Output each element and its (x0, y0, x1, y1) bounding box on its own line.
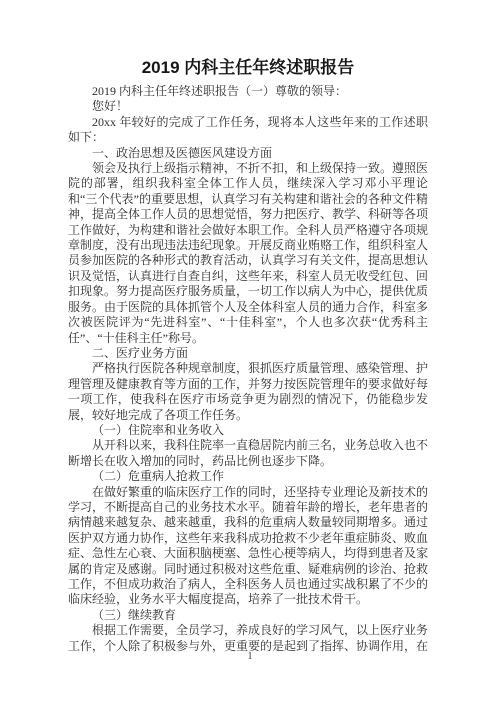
section-2-1-paragraph: 从开科以来，我科住院率一直稳居院内前三名，业务总收入也不断增长在收入增加的同时，… (68, 438, 428, 469)
greeting-line: 您好！ (68, 99, 428, 114)
section-2-paragraph: 严格执行医院各种规章制度，狠抓医疗质量管理、感染管理、护理管理及健康教育等方面的… (68, 361, 428, 423)
section-2-1-heading: （一）住院率和业务收入 (68, 423, 428, 438)
section-1-heading: 一、政治思想及医德医风建设方面 (68, 146, 428, 161)
section-2-3-heading: （三）继续教育 (68, 608, 428, 623)
page-number: 1 (0, 650, 500, 664)
document-page: 2019 内科主任年终述职报告 2019 内科主任年终述职报告（一）尊敬的领导：… (0, 0, 500, 707)
document-title: 2019 内科主任年终述职报告 (68, 57, 428, 79)
section-2-heading: 二、医疗业务方面 (68, 346, 428, 361)
intro-paragraph: 20xx 年较好的完成了工作任务，现将本人这些年来的工作述职如下： (68, 115, 428, 146)
document-body: 2019 内科主任年终述职报告 2019 内科主任年终述职报告（一）尊敬的领导：… (68, 57, 428, 654)
salutation-line: 2019 内科主任年终述职报告（一）尊敬的领导： (68, 84, 428, 99)
section-2-2-paragraph: 在做好繁重的临床医疗工作的同时，还坚持专业理论及新技术的学习，不断提高自己的业务… (68, 485, 428, 608)
section-1-paragraph: 领会及执行上级指示精神，不折不扣，和上级保持一致。遵照医院的部署，组织我科室全体… (68, 161, 428, 346)
section-2-2-heading: （二）危重病人抢救工作 (68, 469, 428, 484)
